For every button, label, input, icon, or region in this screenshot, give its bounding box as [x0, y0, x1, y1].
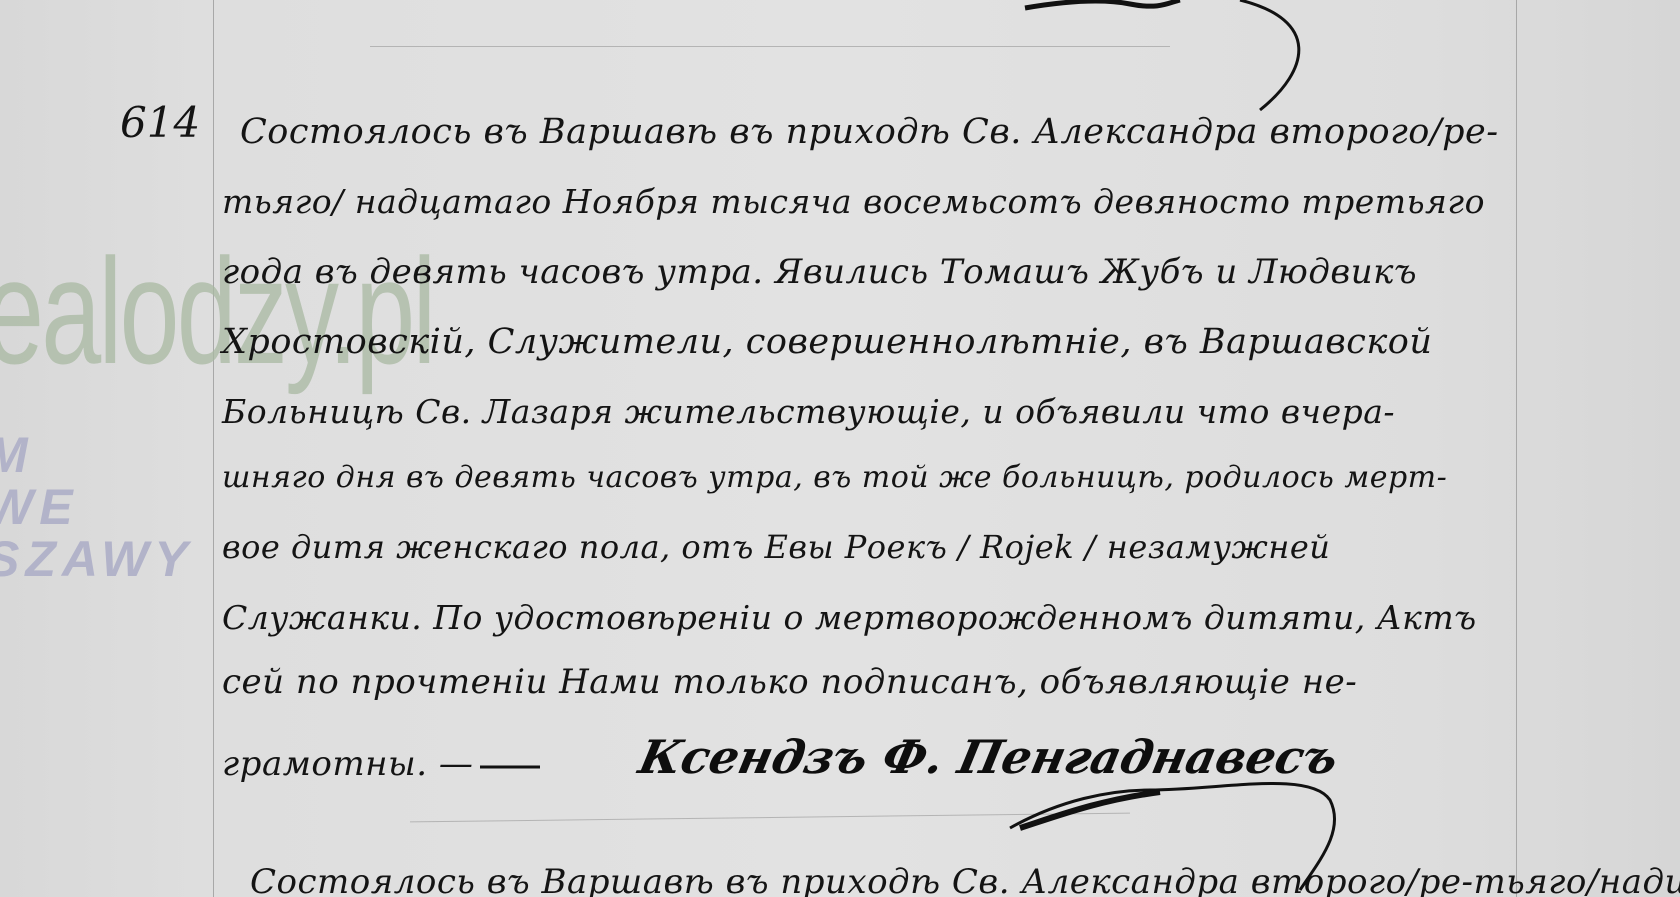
text-line-5: Больницѣ Св. Лазаря жительствующіе, и об…: [222, 392, 1395, 431]
text-line-10: грамотны. —: [222, 744, 473, 784]
right-margin-rule: [1516, 0, 1517, 897]
text-line-7: вое дитя женскаго пола, отъ Евы Роекъ / …: [222, 528, 1330, 566]
separator-rule-top: [370, 46, 1170, 47]
entry-number: 614: [120, 98, 200, 147]
text-line-1: Состоялось въ Варшавѣ въ приходѣ Св. Але…: [240, 112, 1499, 152]
watermark-archive-line-1: M: [0, 430, 34, 480]
text-line-6: шняго дня въ девять часовъ утра, въ той …: [222, 460, 1447, 495]
next-entry-first-line: Состоялось въ Варшавѣ въ приходѣ Св. Але…: [250, 862, 1680, 897]
scanned-document-page: ealodzy.pl M WE SZAWY 614 Состоялось въ …: [0, 0, 1680, 897]
text-line-3: года въ девять часовъ утра. Явились Тома…: [222, 252, 1417, 292]
text-line-4: Хростовскій, Служители, совершеннолѣтніе…: [222, 322, 1432, 362]
separator-rule-bottom: [410, 813, 1130, 823]
text-line-9: сей по прочтеніи Нами только подписанъ, …: [222, 662, 1357, 702]
watermark-archive-line-3: SZAWY: [0, 534, 194, 584]
text-line-2: тьяго/ надцатаго Ноября тысяча восемьсот…: [222, 182, 1485, 221]
left-margin-rule: [213, 0, 214, 897]
text-line-8: Служанки. По удостовѣреніи о мертворожде…: [222, 598, 1477, 637]
priest-signature: Ксендзъ Ф. Пенгаднавесъ: [634, 730, 1343, 784]
watermark-archive-line-2: WE: [0, 482, 79, 532]
